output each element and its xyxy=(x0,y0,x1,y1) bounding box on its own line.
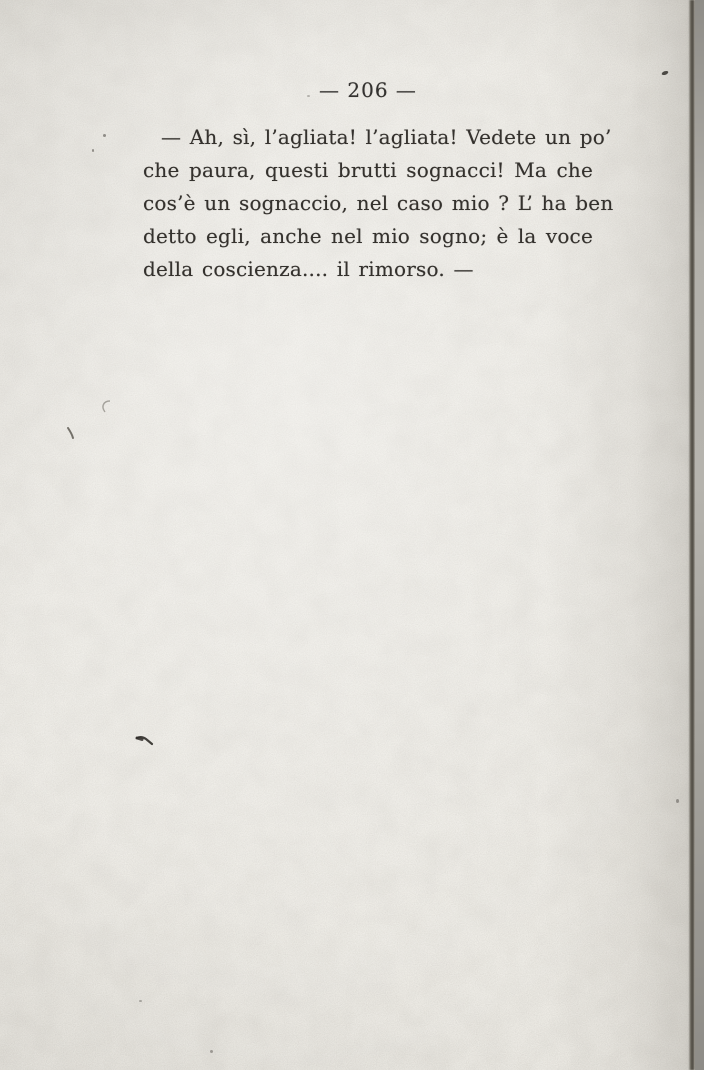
ink-dash-artifact xyxy=(64,425,78,441)
paper-speck xyxy=(103,134,106,137)
paper-speck xyxy=(210,1050,213,1053)
ink-squiggle-artifact xyxy=(134,733,156,749)
faint-curve-artifact xyxy=(96,398,114,416)
paper-speck xyxy=(92,149,94,152)
paragraph-line: cos’è un sognaccio, nel caso mio ? L’ ha… xyxy=(143,187,593,220)
page-number-header: — 206 — xyxy=(143,78,593,102)
paragraph-line: della coscienza.... il rimorso. — xyxy=(143,253,593,286)
paragraph-line: — Ah, sì, l’agliata! l’agliata! Vedete u… xyxy=(143,121,593,154)
paragraph-block: — Ah, sì, l’agliata! l’agliata! Vedete u… xyxy=(143,121,593,286)
paragraph-line: che paura, questi brutti sognacci! Ma ch… xyxy=(143,154,593,187)
paragraph-line: detto egli, anche nel mio sogno; è la vo… xyxy=(143,220,593,253)
paper-speck xyxy=(676,799,679,803)
book-page-scan: — 206 — — Ah, sì, l’agliata! l’agliata! … xyxy=(0,0,704,1070)
scan-background-strip xyxy=(695,0,704,1070)
paper-speck xyxy=(139,1000,142,1002)
ink-speck xyxy=(659,68,671,78)
